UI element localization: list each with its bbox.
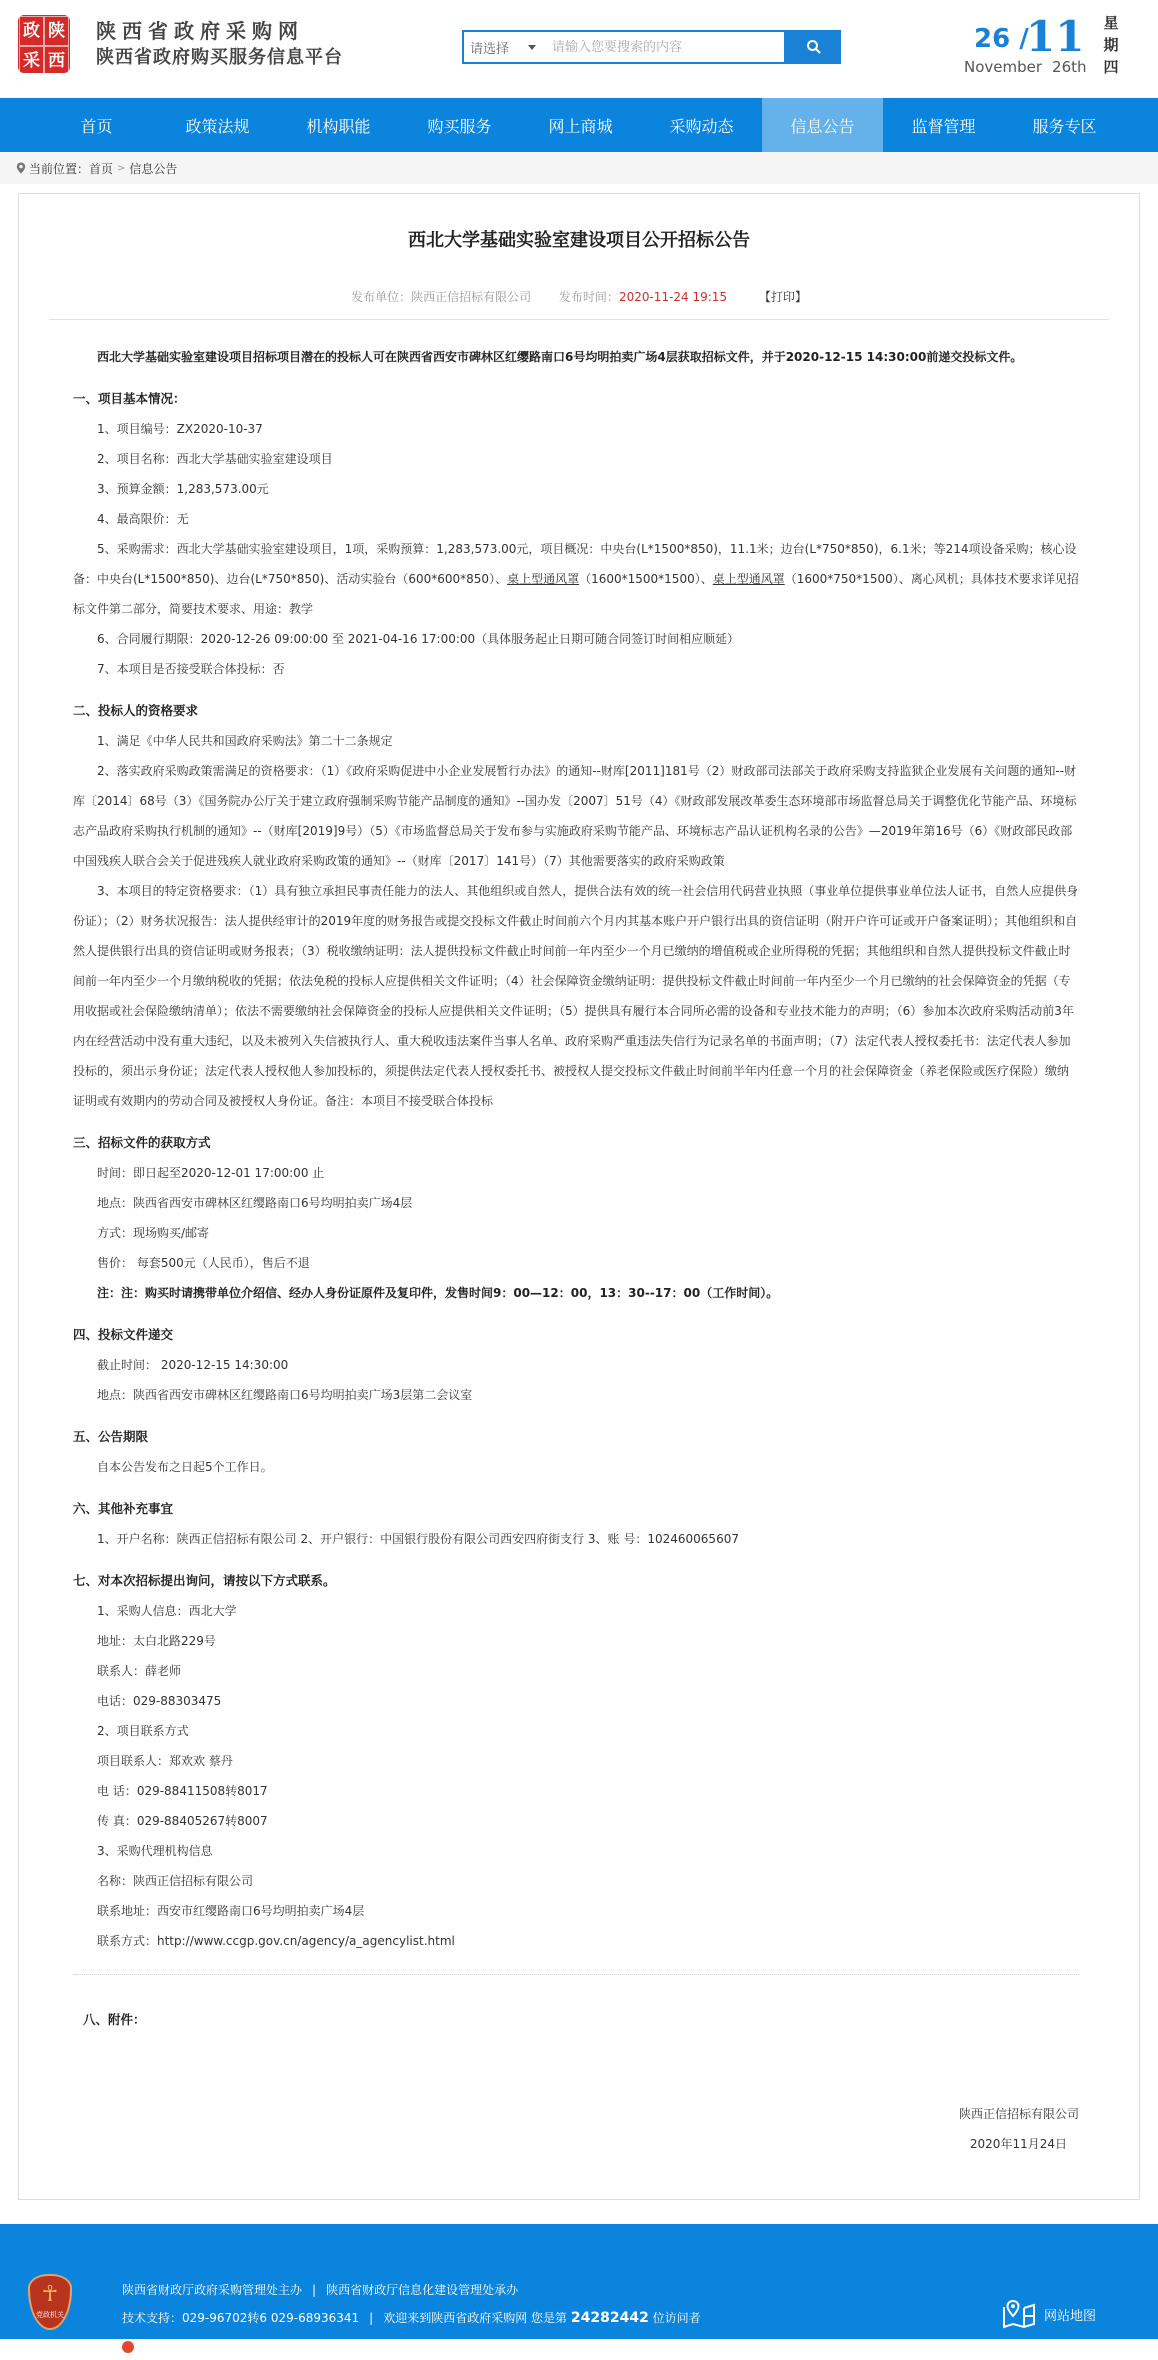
breadcrumb: 当前位置： 首页 > 信息公告 — [0, 152, 1158, 184]
contact-line: 项目联系人：郑欢欢 蔡丹 — [73, 1746, 1079, 1776]
search-category-select[interactable]: 请选择 — [462, 30, 546, 64]
acquisition-time: 时间：即日起至2020-12-01 17:00:00 止 — [73, 1158, 1079, 1188]
emblem-icon: ☥ — [30, 2282, 70, 2307]
submission-deadline: 截止时间： 2020-12-15 14:30:00 — [73, 1350, 1079, 1380]
map-icon — [1002, 2299, 1036, 2329]
nav-item-agencies[interactable]: 机构职能 — [278, 98, 399, 152]
contact-line: 联系人：薛老师 — [73, 1656, 1079, 1686]
contact-line: 3、采购代理机构信息 — [73, 1836, 1079, 1866]
qualification-item: 2、落实政府采购政策需满足的资格要求：（1）《政府采购促进中小企业发展暂行办法》… — [73, 756, 1079, 876]
project-number: 1、项目编号：ZX2020-10-37 — [73, 414, 1079, 444]
emblem-label: 党政机关 — [36, 2310, 64, 2320]
nav-item-procurement-news[interactable]: 采购动态 — [641, 98, 762, 152]
qualification-item: 3、本项目的特定资格要求：（1）具有独立承担民事责任能力的法人、其他组织或自然人… — [73, 876, 1079, 1116]
acquisition-location: 地点：陕西省西安市碑林区红缨路南口6号均明拍卖广场4层 — [73, 1188, 1079, 1218]
signature-company: 陕西正信招标有限公司 — [73, 2099, 1079, 2129]
agency-url-line[interactable]: 联系方式：http://www.ccgp.gov.cn/agency/a_age… — [73, 1926, 1079, 1956]
contact-line: 2、项目联系方式 — [73, 1716, 1079, 1746]
nav-item-home[interactable]: 首页 — [36, 98, 157, 152]
contact-line: 名称：陕西正信招标有限公司 — [73, 1866, 1079, 1896]
section-heading: 二、投标人的资格要求 — [73, 696, 1079, 726]
sitemap-link[interactable]: 网站地图 — [1002, 2299, 1096, 2329]
logo-char: 政 — [19, 16, 44, 46]
footer-info: 陕西省财政厅政府采购管理处主办|陕西省财政厅信息化建设管理处承办 技术支持：02… — [122, 2276, 701, 2360]
nav-item-purchase-services[interactable]: 购买服务 — [399, 98, 520, 152]
acquisition-note: 注：注：购买时请携带单位介绍信、经办人身份证原件及复印件，发售时间9：00—12… — [73, 1278, 1079, 1308]
article-title: 西北大学基础实验室建设项目公开招标公告 — [19, 194, 1139, 252]
logo-char: 西 — [44, 46, 69, 76]
search-icon — [806, 39, 822, 55]
date-month: 11 — [1026, 12, 1084, 61]
acquisition-method: 方式：现场购买/邮寄 — [73, 1218, 1079, 1248]
section-heading: 五、公告期限 — [73, 1422, 1079, 1452]
nav-item-service-zone[interactable]: 服务专区 — [1004, 98, 1125, 152]
date-day: 26 / — [974, 24, 1029, 54]
site-title: 陕西省政府采购网 陕西省政府购买服务信息平台 — [96, 18, 343, 72]
divider — [73, 1974, 1079, 1975]
footer-line-icp: 陕公网安备 61010402000228号 陕ICP备05002709号-2 |… — [122, 2332, 701, 2360]
procurement-requirements: 5、采购需求：西北大学基础实验室建设项目，1项，采购预算：1,283,573.0… — [73, 534, 1079, 624]
project-name: 2、项目名称：西北大学基础实验室建设项目 — [73, 444, 1079, 474]
bank-account-info: 1、开户名称：陕西正信招标有限公司 2、开户银行：中国银行股份有限公司西安四府街… — [73, 1524, 1079, 1554]
max-price: 4、最高限价：无 — [73, 504, 1079, 534]
main-nav: 首页 政策法规 机构职能 购买服务 网上商城 采购动态 信息公告 监督管理 服务… — [0, 98, 1158, 152]
nav-item-supervision[interactable]: 监督管理 — [883, 98, 1004, 152]
consortium-bidding: 7、本项目是否接受联合体投标：否 — [73, 654, 1079, 684]
submission-location: 地点：陕西省西安市碑林区红缨路南口6号均明拍卖广场3层第二会议室 — [73, 1380, 1079, 1410]
party-government-emblem[interactable]: ☥ 党政机关 — [28, 2274, 72, 2330]
date-display: 26 / 11 November26th 星 期 四 — [962, 12, 1132, 82]
nav-item-online-mall[interactable]: 网上商城 — [520, 98, 641, 152]
nav-item-announcements[interactable]: 信息公告 — [762, 98, 883, 152]
site-title-main: 陕西省政府采购网 — [96, 18, 343, 44]
contract-period: 6、合同履行期限：2020-12-26 09:00:00 至 2021-04-1… — [73, 624, 1079, 654]
footer-line-organizers: 陕西省财政厅政府采购管理处主办|陕西省财政厅信息化建设管理处承办 — [122, 2276, 701, 2304]
qualification-item: 1、满足《中华人民共和国政府采购法》第二十二条规定 — [73, 726, 1079, 756]
print-button[interactable]: 【打印】 — [759, 290, 807, 304]
article-container: 西北大学基础实验室建设项目公开招标公告 发布单位：陕西正信招标有限公司 发布时间… — [18, 193, 1140, 2200]
contact-line: 1、采购人信息：西北大学 — [73, 1596, 1079, 1626]
section-heading: 六、其他补充事宜 — [73, 1494, 1079, 1524]
article-intro: 西北大学基础实验室建设项目招标项目潜在的投标人可在陕西省西安市碑林区红缨路南口6… — [73, 342, 1079, 372]
publish-time-value: 2020-11-24 19:15 — [619, 290, 727, 304]
logo-char: 采 — [19, 46, 44, 76]
contact-line: 电 话：029-88411508转8017 — [73, 1776, 1079, 1806]
site-header: 政 陕 采 西 陕西省政府采购网 陕西省政府购买服务信息平台 请选择 26 / … — [0, 0, 1158, 98]
publisher-label: 发布单位： — [351, 290, 411, 304]
chevron-down-icon — [528, 45, 536, 50]
publisher-value: 陕西正信招标有限公司 — [411, 290, 531, 304]
breadcrumb-prefix: 当前位置： — [29, 160, 89, 177]
publish-time-label: 发布时间： — [559, 290, 619, 304]
announcement-period: 自本公告发布之日起5个工作日。 — [73, 1452, 1079, 1482]
acquisition-price: 售价： 每套500元（人民币），售后不退 — [73, 1248, 1079, 1278]
signature-date: 2020年11月24日 — [73, 2129, 1079, 2159]
breadcrumb-home[interactable]: 首页 — [89, 160, 113, 177]
section-heading: 三、招标文件的获取方式 — [73, 1128, 1079, 1158]
nav-item-policy[interactable]: 政策法规 — [157, 98, 278, 152]
visitor-count: 24282442 — [571, 2310, 649, 2326]
contact-line: 地址：太白北路229号 — [73, 1626, 1079, 1656]
section-heading: 四、投标文件递交 — [73, 1320, 1079, 1350]
breadcrumb-separator: > — [117, 163, 125, 174]
breadcrumb-current[interactable]: 信息公告 — [129, 160, 177, 177]
section-heading: 一、项目基本情况： — [73, 384, 1079, 414]
police-badge-icon — [122, 2341, 134, 2353]
article-meta: 发布单位：陕西正信招标有限公司 发布时间：2020-11-24 19:15 【打… — [49, 288, 1109, 320]
sitemap-label: 网站地图 — [1044, 2305, 1096, 2324]
footer-line-support: 技术支持：029-96702转6 029-68936341|欢迎来到陕西省政府采… — [122, 2304, 701, 2332]
date-weekday: 星 期 四 — [1102, 12, 1120, 78]
date-english: November26th — [964, 58, 1087, 76]
logo-char: 陕 — [44, 16, 69, 46]
search-category-value: 请选择 — [470, 38, 509, 57]
section-heading: 七、对本次招标提出询问，请按以下方式联系。 — [73, 1566, 1079, 1596]
contact-line: 电话：029-88303475 — [73, 1686, 1079, 1716]
contact-line: 联系地址：西安市红缨路南口6号均明拍卖广场4层 — [73, 1896, 1079, 1926]
attachments-heading: 八、附件： — [73, 2005, 1079, 2035]
site-title-sub: 陕西省政府购买服务信息平台 — [96, 44, 343, 72]
signature-block: 陕西正信招标有限公司 2020年11月24日 — [73, 2099, 1079, 2159]
site-logo[interactable]: 政 陕 采 西 — [18, 15, 70, 73]
article-content: 西北大学基础实验室建设项目招标项目潜在的投标人可在陕西省西安市碑林区红缨路南口6… — [19, 320, 1139, 2159]
budget-amount: 3、预算金额：1,283,573.00元 — [73, 474, 1079, 504]
search-button[interactable] — [786, 30, 841, 64]
contact-line: 传 真：029-88405267转8007 — [73, 1806, 1079, 1836]
location-pin-icon — [16, 162, 26, 174]
site-footer: ☥ 党政机关 陕西省财政厅政府采购管理处主办|陕西省财政厅信息化建设管理处承办 … — [0, 2224, 1158, 2339]
search-input[interactable] — [546, 30, 786, 64]
search-box: 请选择 — [462, 30, 850, 64]
